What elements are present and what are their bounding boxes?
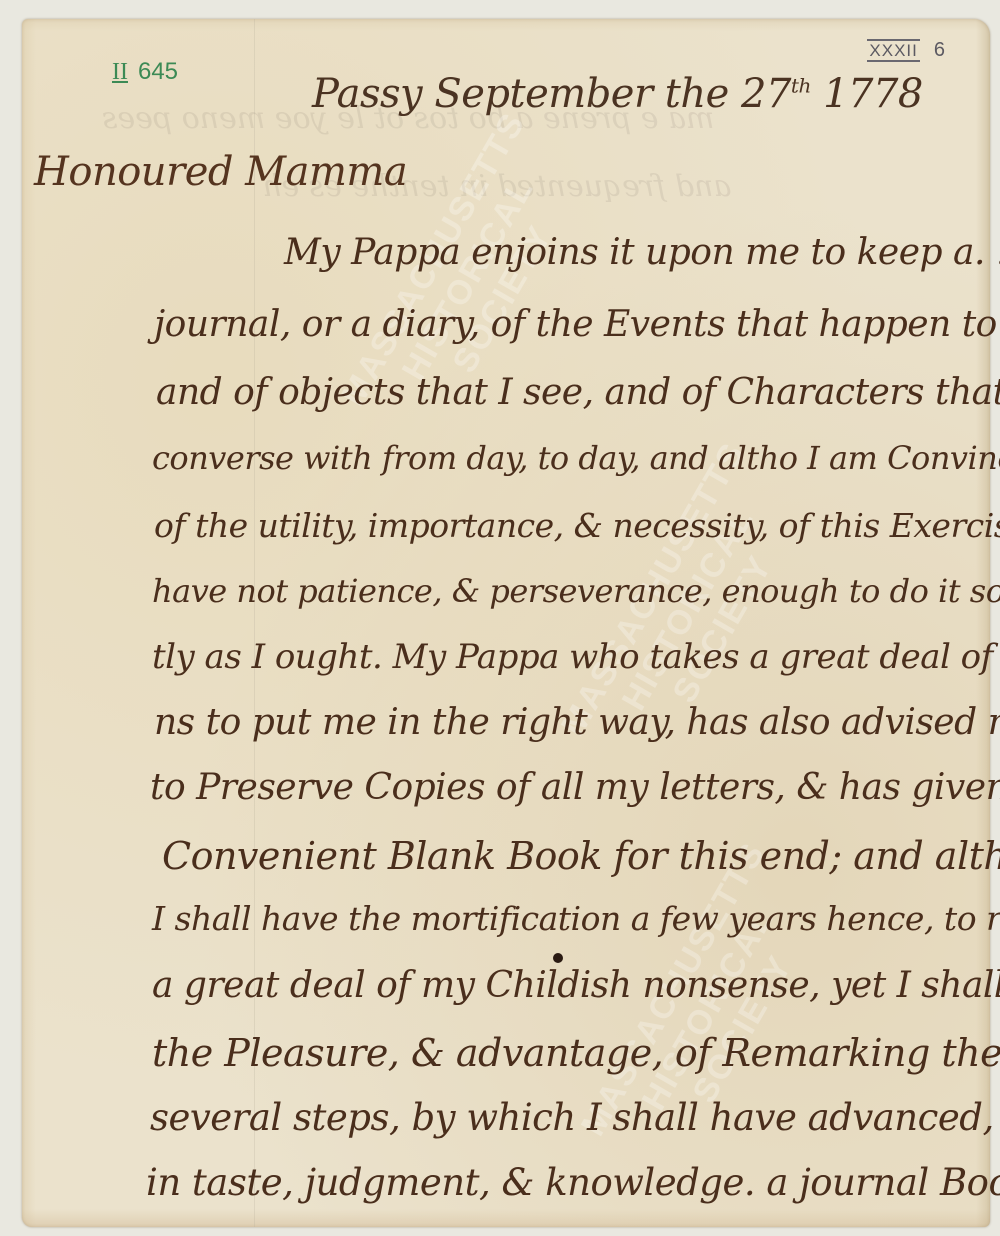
letter-dateline: Passy September the 27th 1778 [312, 71, 923, 117]
letter-line: Convenient Blank Book for this end; and … [162, 834, 1000, 878]
letter-line: to Preserve Copies of all my letters, & … [150, 767, 1000, 808]
letter-line: a great deal of my Childish nonsense, ye… [152, 965, 1000, 1006]
letter-salutation: Honoured Mamma [34, 149, 407, 195]
letter-line: converse with from day, to day, and alth… [152, 439, 1000, 477]
letter-line: journal, or a diary, of the Events that … [154, 304, 1000, 345]
ink-blot [553, 953, 563, 963]
letter-line: My Pappa enjoins it upon me to keep a. .… [284, 232, 1000, 273]
folio-mark: XXXII6 [867, 39, 946, 62]
letter-line: in taste, judgment, & knowledge. a journ… [146, 1161, 1000, 1204]
letter-line: I shall have the mortification a few yea… [152, 899, 1000, 938]
archival-reference-mark: II645 [112, 58, 178, 86]
manuscript-page: ma e prene a bo tos ot le yoe meno pees … [22, 19, 990, 1227]
letter-line: the Pleasure, & advantage, of Remarking … [152, 1031, 1000, 1075]
letter-line: of the utility, importance, & necessity,… [154, 506, 1000, 545]
letter-line: tly as I ought. My Pappa who takes a gre… [152, 637, 1000, 677]
letter-line: and of objects that I see, and of Charac… [156, 372, 1000, 413]
letter-line: have not patience, & perseverance, enoug… [152, 572, 1000, 610]
letter-line: several steps, by which I shall have adv… [150, 1096, 994, 1139]
letter-line: ns to put me in the right way, has also … [154, 702, 1000, 743]
